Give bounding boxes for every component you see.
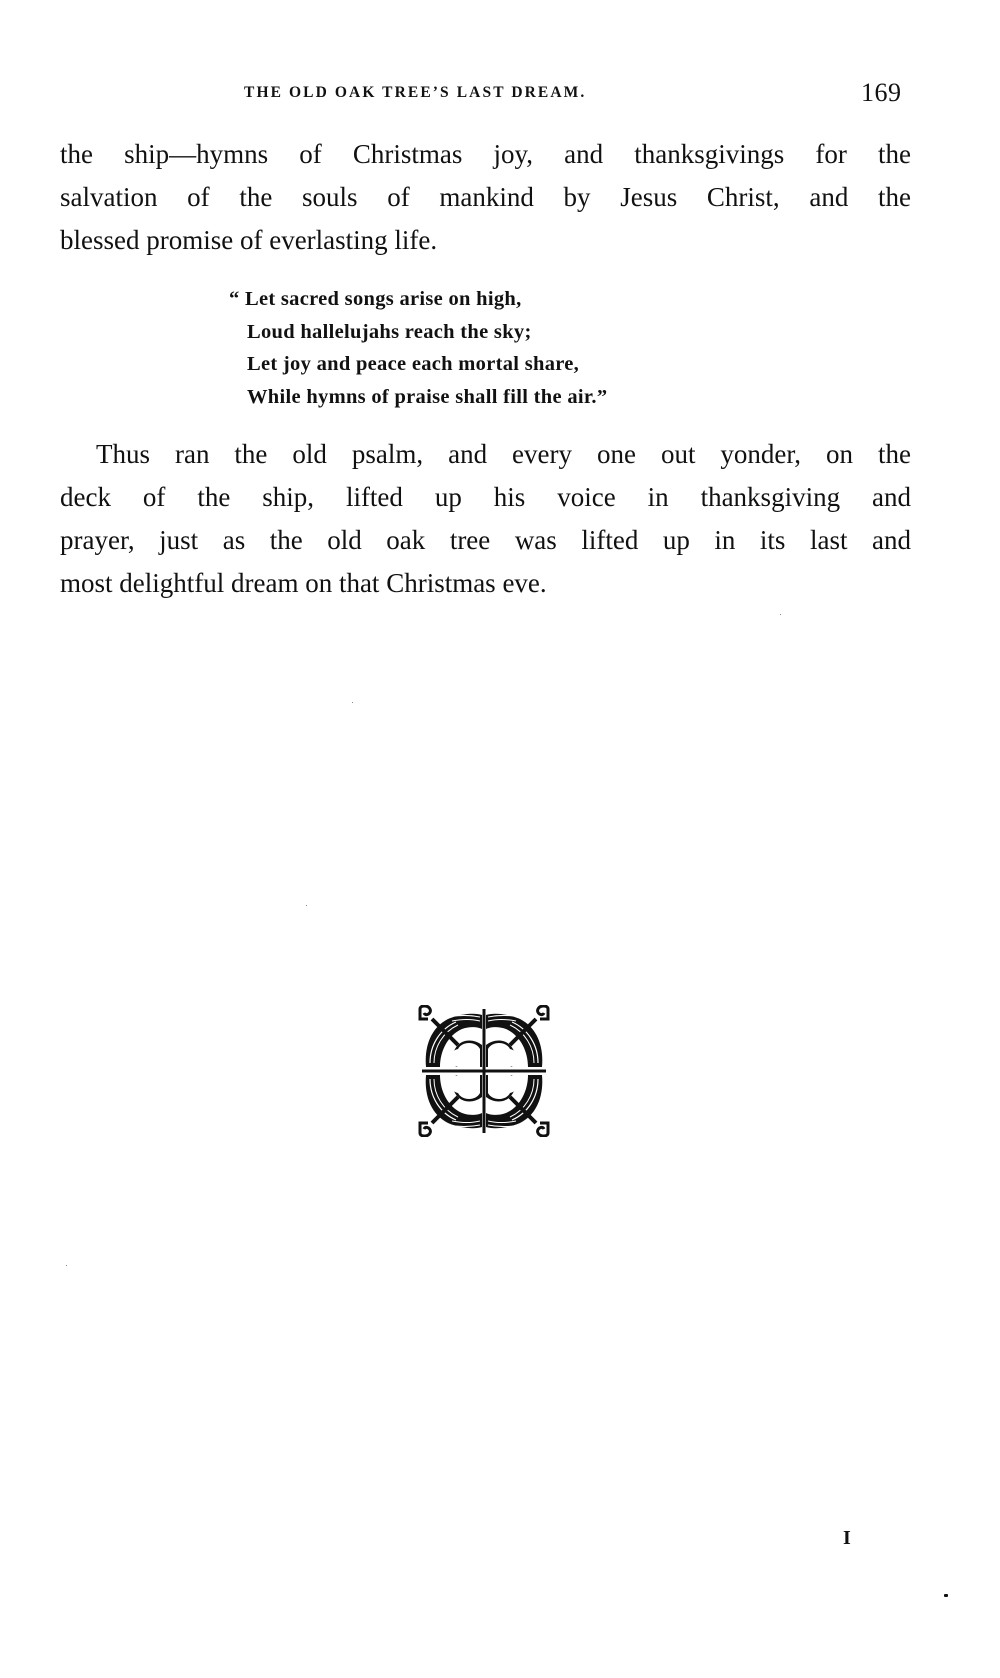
page-number: 169 — [861, 78, 902, 108]
text-line: blessed promise of everlasting life. — [60, 219, 911, 262]
signature-mark: I — [843, 1527, 851, 1550]
running-head: THE OLD OAK TREE’S LAST DREAM. — [244, 84, 586, 102]
ink-speck — [306, 905, 307, 906]
text-line: deck of the ship, lifted up his voice in… — [60, 476, 911, 519]
verse-line: While hymns of praise shall fill the air… — [229, 381, 607, 414]
ink-speck — [352, 702, 353, 703]
verse-line: Loud hallelujahs reach the sky; — [229, 316, 607, 349]
ink-speck — [780, 614, 781, 615]
text-line: salvation of the souls of mankind by Jes… — [60, 176, 911, 219]
ink-speck — [944, 1594, 948, 1597]
text-line: Thus ran the old psalm, and every one ou… — [60, 433, 911, 476]
text-line: prayer, just as the old oak tree was lif… — [60, 519, 911, 562]
text-line: most delightful dream on that Christmas … — [60, 562, 911, 605]
verse-quotation: “ Let sacred songs arise on high, Loud h… — [229, 283, 607, 413]
paragraph-continued: the ship—hymns of Christmas joy, and tha… — [60, 133, 911, 262]
text-line: the ship—hymns of Christmas joy, and tha… — [60, 133, 911, 176]
quatrefoil-ornament-icon — [418, 1005, 550, 1137]
ink-speck — [66, 1265, 67, 1266]
paragraph: Thus ran the old psalm, and every one ou… — [60, 433, 911, 605]
verse-line: Let joy and peace each mortal share, — [229, 348, 607, 381]
verse-line: “ Let sacred songs arise on high, — [229, 283, 607, 316]
